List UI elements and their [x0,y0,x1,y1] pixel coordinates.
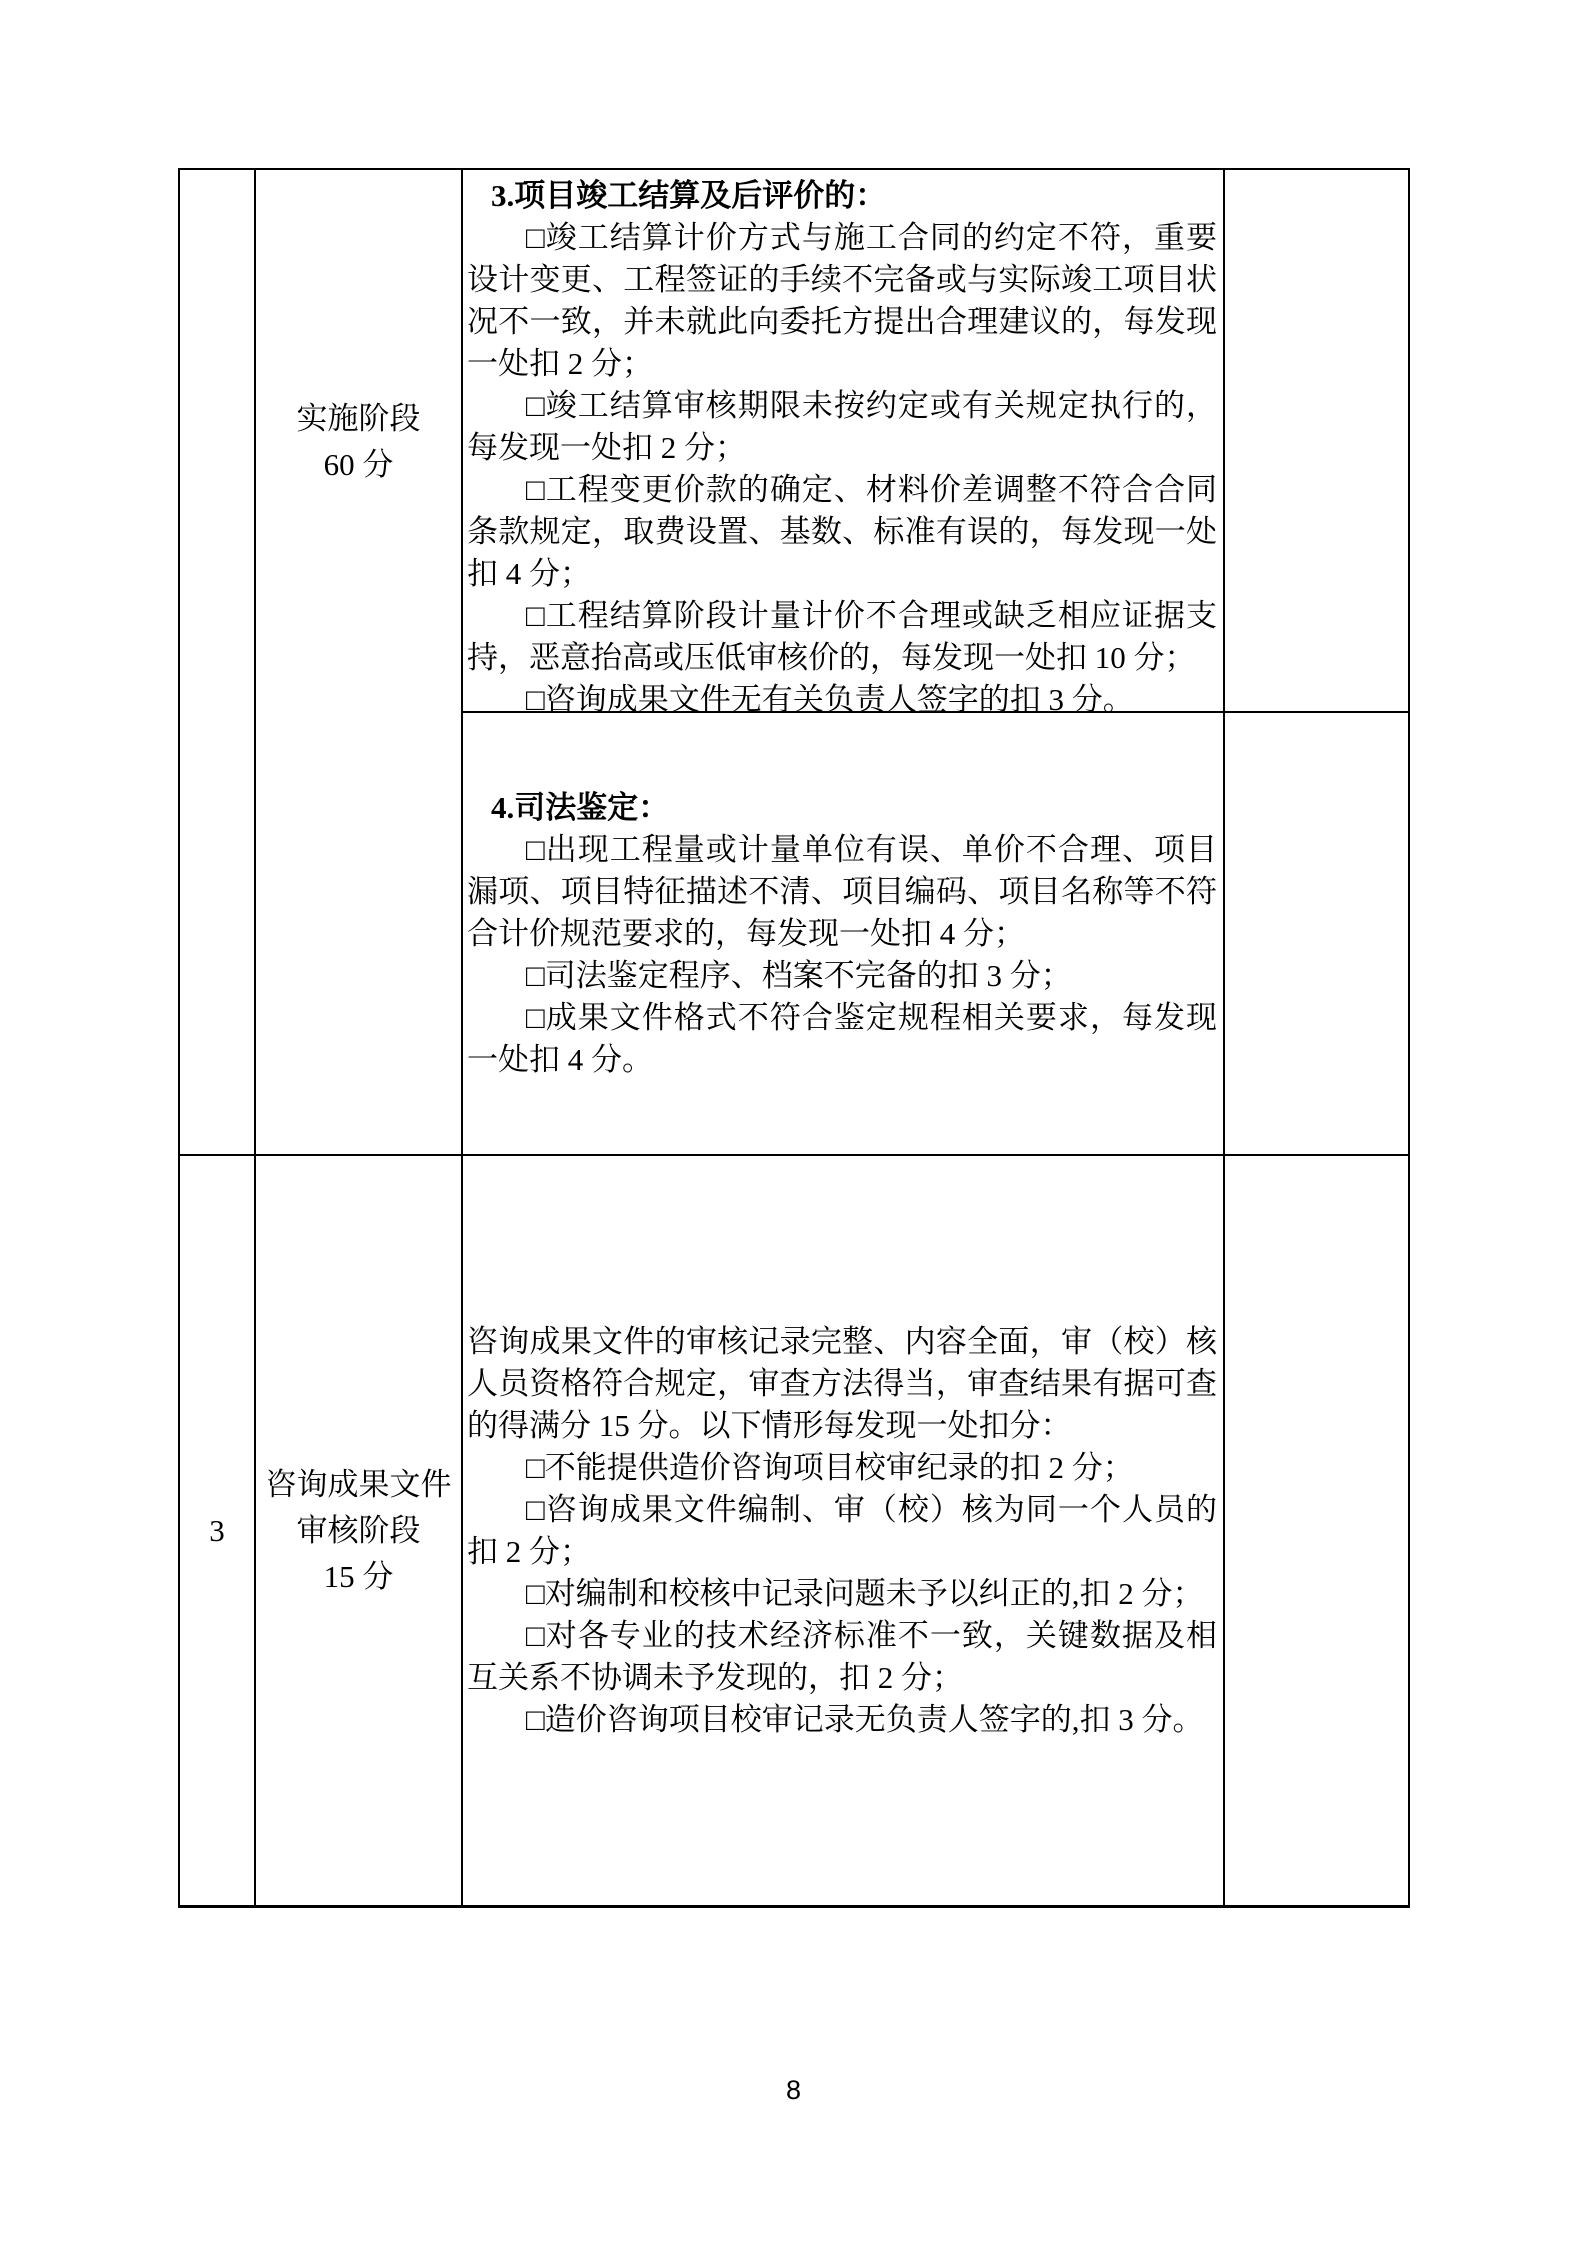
criteria-item: □工程变更价款的确定、材料价差调整不符合合同条款规定，取费设置、基数、标准有误的… [467,469,1217,595]
criteria-item: □对编制和校核中记录问题未予以纠正的,扣 2 分； [467,1573,1217,1615]
criteria-cell-review: 咨询成果文件的审核记录完整、内容全面，审（校）核人员资格符合规定，审查方法得当，… [463,1156,1225,1905]
stage-score: 60 分 [324,442,394,488]
score-cell-blank [1225,1156,1408,1905]
score-cell-blank [1225,713,1408,1156]
criteria-item: □造价咨询项目校审记录无负责人签字的,扣 3 分。 [467,1699,1217,1741]
criteria-item: □司法鉴定程序、档案不完备的扣 3 分； [467,955,1217,997]
row-number: 3 [209,1513,225,1549]
criteria-cell-settlement: 3.项目竣工结算及后评价的： □竣工结算计价方式与施工合同的约定不符，重要设计变… [463,170,1225,713]
criteria-item: □咨询成果文件编制、审（校）核为同一个人员的扣 2 分； [467,1489,1217,1573]
row-number-cell-blank [180,170,256,1156]
document-page: 实施阶段 60 分 3.项目竣工结算及后评价的： □竣工结算计价方式与施工合同的… [0,0,1587,2245]
score-cell-blank [1225,170,1408,713]
criteria-intro: 咨询成果文件的审核记录完整、内容全面，审（校）核人员资格符合规定，审查方法得当，… [467,1321,1217,1447]
criteria-item: □出现工程量或计量单位有误、单价不合理、项目漏项、项目特征描述不清、项目编码、项… [467,829,1217,955]
stage-label-implementation: 实施阶段 60 分 [256,170,461,713]
section-heading: 3.项目竣工结算及后评价的： [467,175,1217,217]
criteria-item: □工程结算阶段计量计价不合理或缺乏相应证据支持，恶意抬高或压低审核价的，每发现一… [467,595,1217,679]
stage-name-line2: 审核阶段 [297,1508,421,1554]
criteria-item: □成果文件格式不符合鉴定规程相关要求，每发现一处扣 4 分。 [467,997,1217,1081]
criteria-cell-judicial: 4.司法鉴定： □出现工程量或计量单位有误、单价不合理、项目漏项、项目特征描述不… [463,713,1225,1156]
criteria-item: □竣工结算计价方式与施工合同的约定不符，重要设计变更、工程签证的手续不完备或与实… [467,217,1217,385]
stage-cell-review: 咨询成果文件 审核阶段 15 分 [256,1156,463,1905]
criteria-item: □不能提供造价咨询项目校审纪录的扣 2 分； [467,1447,1217,1489]
criteria-item: □对各专业的技术经济标准不一致，关键数据及相互关系不协调未予发现的，扣 2 分； [467,1615,1217,1699]
criteria-item: □竣工结算审核期限未按约定或有关规定执行的，每发现一处扣 2 分； [467,385,1217,469]
row-number-cell: 3 [180,1156,256,1905]
stage-cell-implementation: 实施阶段 60 分 [256,170,463,1156]
page-number: 8 [0,2075,1587,2106]
stage-score: 15 分 [324,1554,394,1600]
section-heading: 4.司法鉴定： [467,787,1217,829]
stage-name: 咨询成果文件 [266,1462,452,1508]
stage-name: 实施阶段 [297,396,421,442]
evaluation-score-table: 实施阶段 60 分 3.项目竣工结算及后评价的： □竣工结算计价方式与施工合同的… [178,168,1410,1908]
